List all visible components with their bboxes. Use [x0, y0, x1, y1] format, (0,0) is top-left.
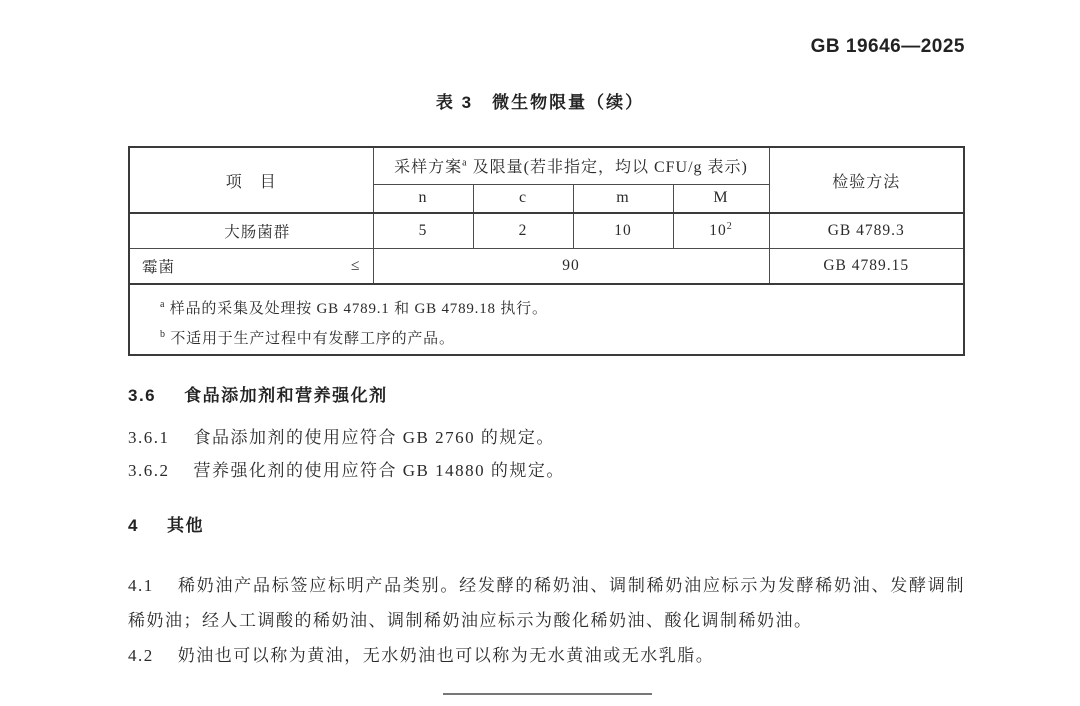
clause-3-6-1-number: 3.6.1: [128, 428, 170, 447]
clause-3-6-1-text: 食品添加剂的使用应符合 GB 2760 的规定。: [194, 428, 555, 447]
mold-item-label: 霉菌: [142, 255, 175, 277]
clause-4-1-text: 稀奶油产品标签应标明产品类别。经发酵的稀奶油、调制稀奶油应标示为发酵稀奶油、发酵…: [128, 576, 965, 630]
mold-limit-cell: 90: [373, 248, 769, 284]
standard-number: GB 19646—2025: [811, 36, 965, 58]
clause-3-6-2-number: 3.6.2: [128, 461, 170, 480]
clause-4-2-number: 4.2: [128, 646, 154, 665]
coliform-M-base: 10: [709, 222, 727, 239]
coliform-item-cell: 大肠菌群: [129, 213, 373, 248]
header-col-M: M: [673, 184, 769, 213]
footer-divider-rule: [443, 693, 652, 695]
table-row-coliform: 大肠菌群 5 2 10 102 GB 4789.3: [129, 213, 964, 248]
clause-3-6-title: 食品添加剂和营养强化剂: [184, 386, 388, 405]
microbial-limits-table: 项 目 采样方案a 及限量(若非指定，均以 CFU/g 表示) 检验方法 n c…: [128, 146, 965, 356]
sampling-suffix: 及限量(若非指定，均以 CFU/g 表示): [468, 159, 748, 176]
clause-3-6-2-text: 营养强化剂的使用应符合 GB 14880 的规定。: [194, 461, 565, 480]
header-col-n: n: [373, 184, 473, 213]
coliform-M-exponent: 2: [727, 221, 733, 232]
mold-item-cell: 霉菌 ≤: [129, 248, 373, 284]
footnote-a: a 样品的采集及处理按 GB 4789.1 和 GB 4789.18 执行。: [160, 294, 953, 324]
coliform-n-cell: 5: [373, 213, 473, 248]
footnote-a-text: 样品的采集及处理按 GB 4789.1 和 GB 4789.18 执行。: [165, 301, 548, 317]
less-than-or-equal-sign: ≤: [351, 257, 361, 275]
table-title: 表 3 微生物限量（续）: [0, 92, 1080, 114]
clause-4-number: 4: [128, 516, 139, 535]
mold-method-cell: GB 4789.15: [769, 248, 964, 284]
clause-3-6-heading: 3.6食品添加剂和营养强化剂: [128, 386, 388, 406]
clause-4-2: 4.2奶油也可以称为黄油，无水奶油也可以称为无水黄油或无水乳脂。: [128, 646, 714, 666]
clause-4-2-text: 奶油也可以称为黄油，无水奶油也可以称为无水黄油或无水乳脂。: [178, 646, 715, 665]
coliform-method-cell: GB 4789.3: [769, 213, 964, 248]
header-col-m: m: [573, 184, 673, 213]
clause-3-6-number: 3.6: [128, 386, 156, 405]
table-footnote-row: a 样品的采集及处理按 GB 4789.1 和 GB 4789.18 执行。 b…: [129, 284, 964, 355]
clause-3-6-1: 3.6.1食品添加剂的使用应符合 GB 2760 的规定。: [128, 428, 555, 448]
header-item: 项 目: [129, 147, 373, 213]
table-row-mold: 霉菌 ≤ 90 GB 4789.15: [129, 248, 964, 284]
table-footnotes: a 样品的采集及处理按 GB 4789.1 和 GB 4789.18 执行。 b…: [129, 284, 964, 355]
table-header-row-1: 项 目 采样方案a 及限量(若非指定，均以 CFU/g 表示) 检验方法: [129, 147, 964, 184]
clause-3-6-2: 3.6.2营养强化剂的使用应符合 GB 14880 的规定。: [128, 461, 565, 481]
clause-4-1-number: 4.1: [128, 576, 154, 595]
footnote-b-text: 不适用于生产过程中有发酵工序的产品。: [166, 331, 455, 347]
footnote-b: b 不适用于生产过程中有发酵工序的产品。: [160, 324, 953, 354]
coliform-c-cell: 2: [473, 213, 573, 248]
clause-4-heading: 4其他: [128, 516, 204, 536]
coliform-M-cell: 102: [673, 213, 769, 248]
clause-4-1: 4.1稀奶油产品标签应标明产品类别。经发酵的稀奶油、调制稀奶油应标示为发酵稀奶油…: [128, 568, 965, 638]
header-method: 检验方法: [769, 147, 964, 213]
clause-4-title: 其他: [167, 516, 204, 535]
header-sampling-plan: 采样方案a 及限量(若非指定，均以 CFU/g 表示): [373, 147, 769, 184]
document-page: GB 19646—2025 表 3 微生物限量（续） 项 目 采样方案a 及限量…: [0, 0, 1080, 706]
sampling-prefix: 采样方案: [394, 159, 462, 176]
header-col-c: c: [473, 184, 573, 213]
coliform-m-cell: 10: [573, 213, 673, 248]
